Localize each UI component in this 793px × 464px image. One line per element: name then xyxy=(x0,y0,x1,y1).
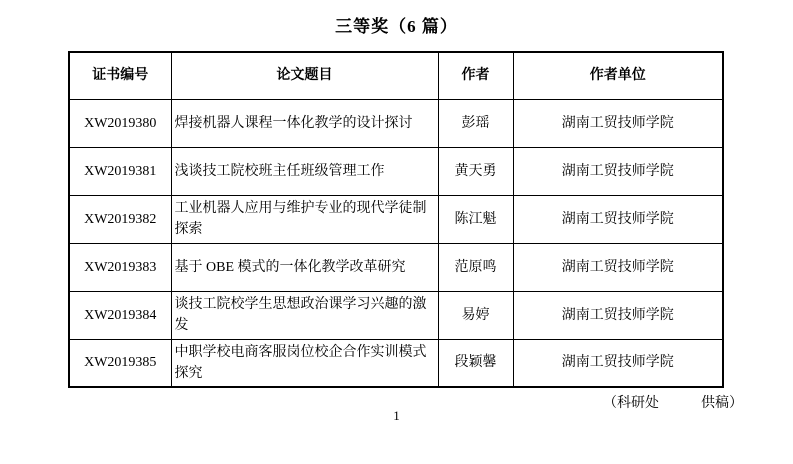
table-row: XW2019381 浅谈技工院校班主任班级管理工作 黄天勇 湖南工贸技师学院 xyxy=(69,147,723,195)
org-cell: 湖南工贸技师学院 xyxy=(513,243,723,291)
org-cell: 湖南工贸技师学院 xyxy=(513,195,723,243)
author-cell: 陈江魁 xyxy=(438,195,513,243)
author-cell: 易婷 xyxy=(438,291,513,339)
col-header-paper-title: 论文题目 xyxy=(171,52,438,99)
col-header-author: 作者 xyxy=(438,52,513,99)
table-row: XW2019385 中职学校电商客服岗位校企合作实训模式探究 段颖馨 湖南工贸技… xyxy=(69,339,723,387)
paper-title-cell: 焊接机器人课程一体化教学的设计探讨 xyxy=(171,99,438,147)
org-cell: 湖南工贸技师学院 xyxy=(513,291,723,339)
author-cell: 范原鸣 xyxy=(438,243,513,291)
paper-title-cell: 谈技工院校学生思想政治课学习兴趣的激发 xyxy=(171,291,438,339)
cert-id-cell: XW2019381 xyxy=(69,147,171,195)
paper-title-cell: 中职学校电商客服岗位校企合作实训模式探究 xyxy=(171,339,438,387)
cert-id-cell: XW2019383 xyxy=(69,243,171,291)
page-title: 三等奖（6 篇） xyxy=(0,12,793,37)
cert-id-cell: XW2019382 xyxy=(69,195,171,243)
table-row: XW2019384 谈技工院校学生思想政治课学习兴趣的激发 易婷 湖南工贸技师学… xyxy=(69,291,723,339)
org-cell: 湖南工贸技师学院 xyxy=(513,339,723,387)
cert-id-cell: XW2019380 xyxy=(69,99,171,147)
author-cell: 黄天勇 xyxy=(438,147,513,195)
paper-title-cell: 浅谈技工院校班主任班级管理工作 xyxy=(171,147,438,195)
page-number: 1 xyxy=(0,408,793,424)
cert-id-cell: XW2019384 xyxy=(69,291,171,339)
author-cell: 段颖馨 xyxy=(438,339,513,387)
cert-id-cell: XW2019385 xyxy=(69,339,171,387)
col-header-cert-id: 证书编号 xyxy=(69,52,171,99)
paper-title-cell: 基于 OBE 模式的一体化教学改革研究 xyxy=(171,243,438,291)
paper-title-cell: 工业机器人应用与维护专业的现代学徒制探索 xyxy=(171,195,438,243)
table-row: XW2019383 基于 OBE 模式的一体化教学改革研究 范原鸣 湖南工贸技师… xyxy=(69,243,723,291)
table-header-row: 证书编号 论文题目 作者 作者单位 xyxy=(69,52,723,99)
org-cell: 湖南工贸技师学院 xyxy=(513,147,723,195)
org-cell: 湖南工贸技师学院 xyxy=(513,99,723,147)
awards-table: 证书编号 论文题目 作者 作者单位 XW2019380 焊接机器人课程一体化教学… xyxy=(68,51,724,388)
author-cell: 彭瑶 xyxy=(438,99,513,147)
table-row: XW2019382 工业机器人应用与维护专业的现代学徒制探索 陈江魁 湖南工贸技… xyxy=(69,195,723,243)
col-header-org: 作者单位 xyxy=(513,52,723,99)
table-row: XW2019380 焊接机器人课程一体化教学的设计探讨 彭瑶 湖南工贸技师学院 xyxy=(69,99,723,147)
